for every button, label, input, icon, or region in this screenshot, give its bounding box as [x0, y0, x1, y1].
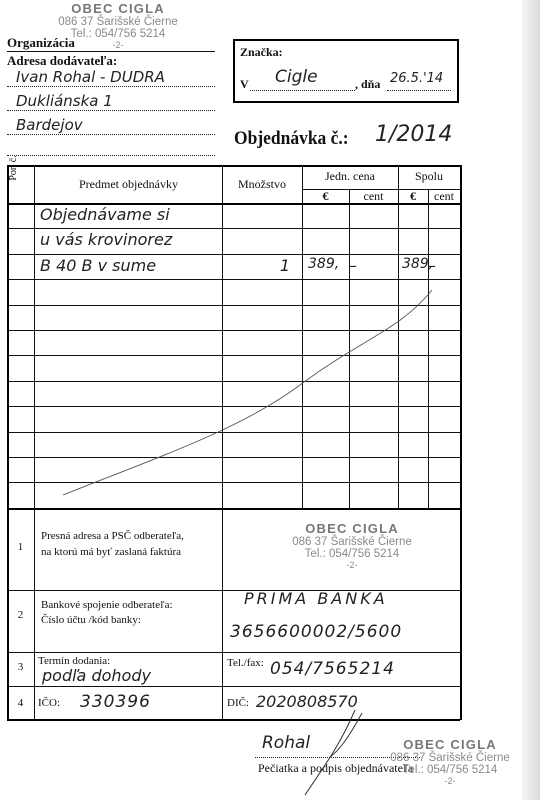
info-num-4: 4: [7, 697, 34, 709]
stamp-customer-address: OBEC CIGLA 086 37 Šarišské Čierne Tel.: …: [282, 522, 422, 571]
delivery-term-value: podľa dohody: [42, 666, 151, 685]
info-label-2-line-2: Číslo účtu /kód banky:: [41, 614, 141, 626]
ico-label: IČO:: [38, 697, 60, 709]
info-num-3: 3: [7, 661, 34, 673]
stamp-signature: OBEC CIGLA 086 37 Šarišské Čierne Tel.: …: [380, 738, 520, 787]
tel-fax-value: 054/7565214: [270, 659, 395, 679]
ico-value: 330396: [80, 692, 151, 712]
info-label-1-line-2: na ktorú má byť zaslaná faktúra: [41, 546, 181, 558]
dic-label: DIČ:: [227, 697, 249, 709]
info-num-2: 2: [7, 609, 34, 621]
signature-stroke: [300, 705, 370, 800]
bank-account: 3656600002/5600: [230, 622, 402, 642]
info-label-1-line-1: Presná adresa a PSČ odberateľa,: [41, 530, 184, 542]
info-num-1: 1: [7, 541, 34, 553]
info-label-2-line-1: Bankové spojenie odberateľa:: [41, 599, 173, 611]
tel-fax-label: Tel./fax:: [227, 657, 264, 669]
bank-name: PRIMA BANKA: [244, 589, 388, 608]
